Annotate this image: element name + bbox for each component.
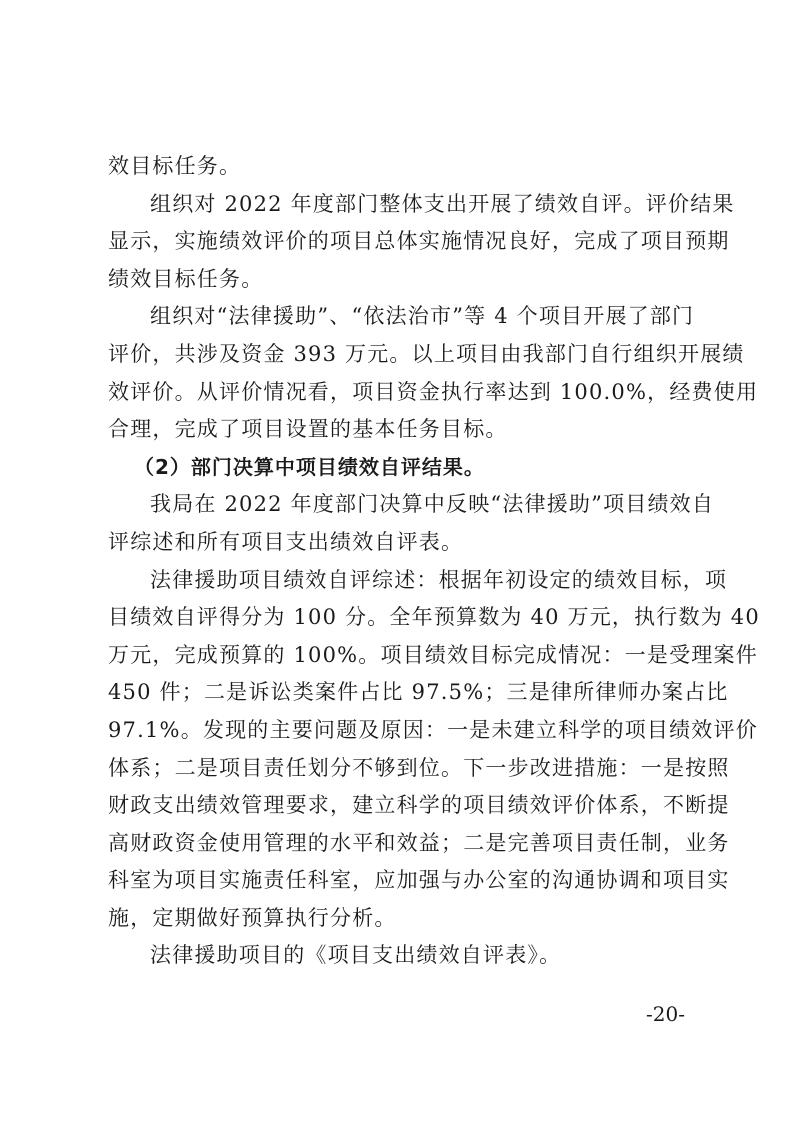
text-line: 法律援助项目的《项目支出绩效自评表》。 bbox=[108, 937, 690, 975]
text-line: 组织对 2022 年度部门整体支出开展了绩效自评。评价结果 bbox=[108, 186, 690, 224]
text-line: 显示，实施绩效评价的项目总体实施情况良好，完成了项目预期 bbox=[108, 223, 690, 261]
document-body: 效目标任务。 组织对 2022 年度部门整体支出开展了绩效自评。评价结果 显示，… bbox=[108, 148, 690, 975]
text-line: 合理，完成了项目设置的基本任务目标。 bbox=[108, 411, 690, 449]
text-line: 评价，共涉及资金 393 万元。以上项目由我部门自行组织开展绩 bbox=[108, 336, 690, 374]
text-line: 科室为项目实施责任科室，应加强与办公室的沟通协调和项目实 bbox=[108, 862, 690, 900]
section-heading: （2）部门决算中项目绩效自评结果。 bbox=[108, 449, 690, 487]
text-line: 万元，完成预算的 100%。项目绩效目标完成情况：一是受理案件 bbox=[108, 637, 690, 675]
text-line: 体系；二是项目责任划分不够到位。下一步改进措施：一是按照 bbox=[108, 750, 690, 788]
text-line: 效目标任务。 bbox=[108, 148, 690, 186]
text-line: 绩效目标任务。 bbox=[108, 261, 690, 299]
text-line: 施，定期做好预算执行分析。 bbox=[108, 900, 690, 938]
text-line: 高财政资金使用管理的水平和效益；二是完善项目责任制，业务 bbox=[108, 825, 690, 863]
text-line: 组织对“法律援助”、“依法治市”等 4 个项目开展了部门 bbox=[108, 298, 690, 336]
text-line: 我局在 2022 年度部门决算中反映“法律援助”项目绩效自 bbox=[108, 486, 690, 524]
text-line: 效评价。从评价情况看，项目资金执行率达到 100.0%，经费使用 bbox=[108, 374, 690, 412]
text-line: 目绩效自评得分为 100 分。全年预算数为 40 万元，执行数为 40 bbox=[108, 599, 690, 637]
text-line: 财政支出绩效管理要求，建立科学的项目绩效评价体系，不断提 bbox=[108, 787, 690, 825]
page-number: -20- bbox=[646, 1002, 685, 1026]
text-line: 法律援助项目绩效自评综述：根据年初设定的绩效目标，项 bbox=[108, 562, 690, 600]
text-line: 97.1%。发现的主要问题及原因：一是未建立科学的项目绩效评价 bbox=[108, 712, 690, 750]
text-line: 评综述和所有项目支出绩效自评表。 bbox=[108, 524, 690, 562]
text-line: 450 件；二是诉讼类案件占比 97.5%；三是律所律师办案占比 bbox=[108, 674, 690, 712]
